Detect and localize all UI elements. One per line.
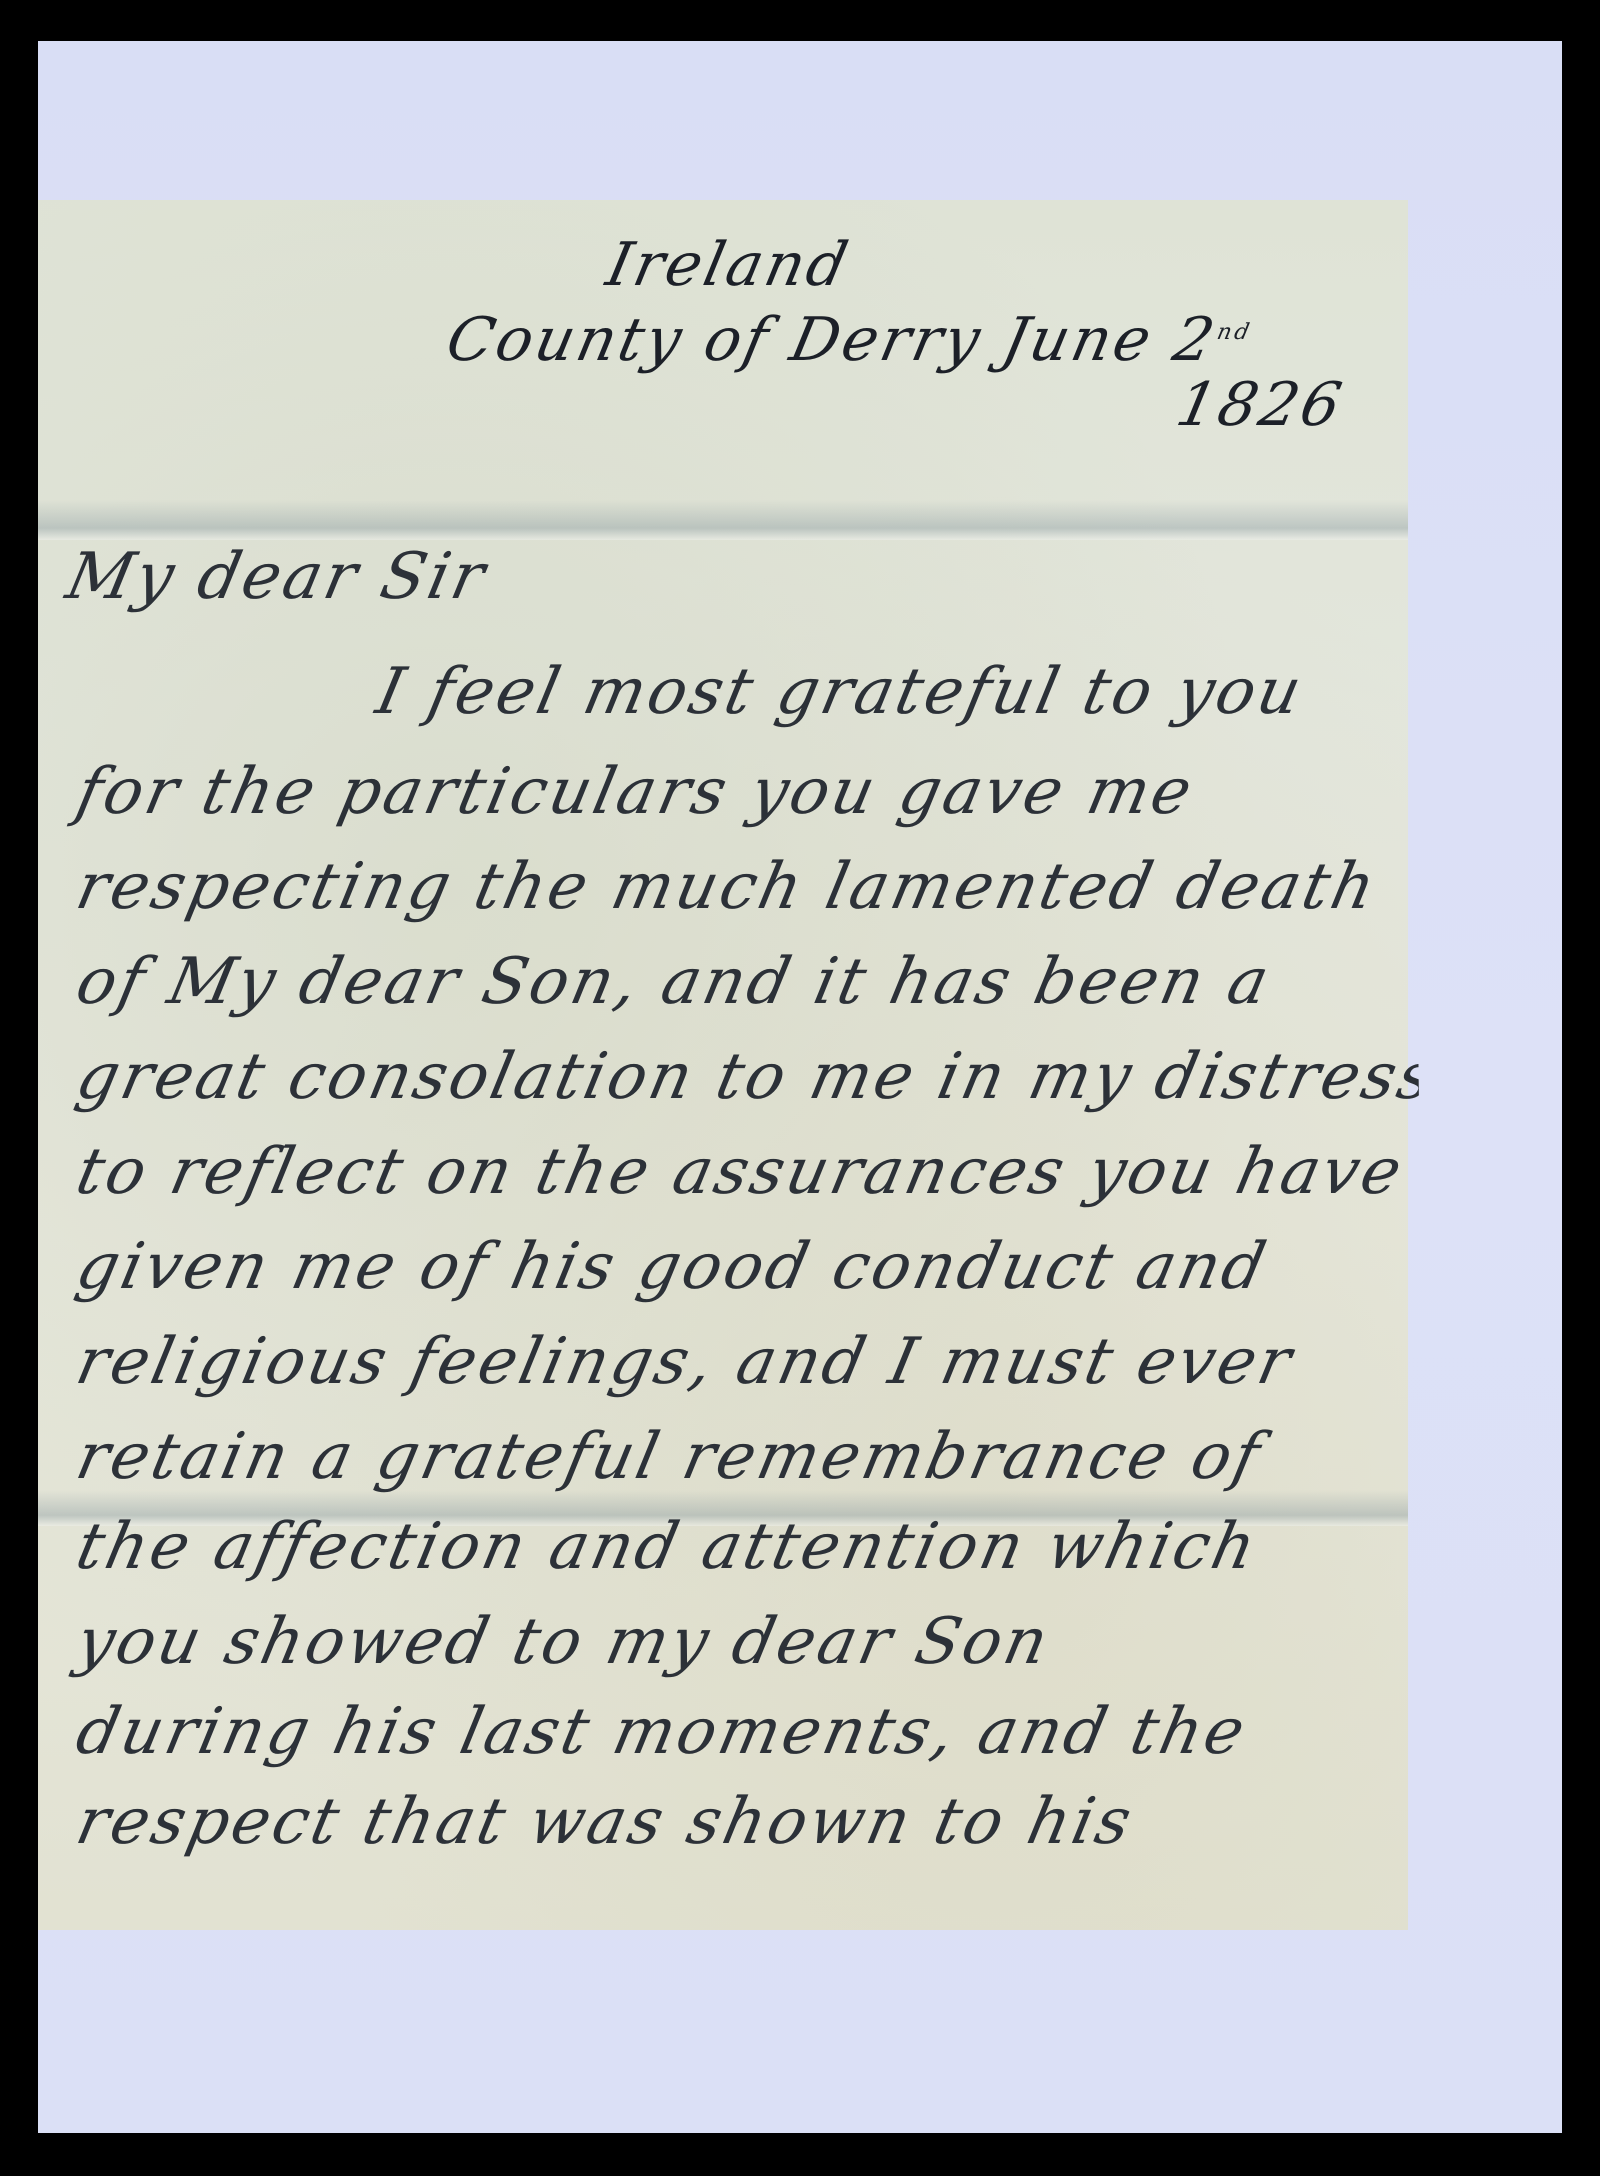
heading-county-line: County of Derry June 2 bbox=[441, 305, 1224, 375]
heading-county-date: County of Derry June 2nd bbox=[441, 305, 1258, 375]
body-line-8: religious feelings, and I must ever bbox=[70, 1325, 1300, 1399]
body-line-9: retain a grateful remembrance of bbox=[70, 1420, 1269, 1494]
body-line-7: given me of his good conduct and bbox=[70, 1230, 1274, 1304]
body-line-1: I feel most grateful to you bbox=[370, 655, 1310, 729]
body-line-11: you showed to my dear Son bbox=[70, 1605, 1057, 1679]
body-line-5: great consolation to me in my distress bbox=[70, 1040, 1442, 1114]
heading-day-suffix: nd bbox=[1215, 320, 1255, 345]
body-line-3-text: respecting the much lamented death bbox=[70, 850, 1384, 924]
letter-page: Ireland County of Derry June 2nd 1826 My… bbox=[38, 200, 1408, 1930]
heading-year: 1826 bbox=[1171, 370, 1351, 440]
salutation: My dear Sir bbox=[60, 540, 494, 614]
body-line-4: of My dear Son, and it has been a bbox=[70, 945, 1278, 1019]
body-line-2: for the particulars you gave me bbox=[70, 755, 1201, 829]
body-line-3: respecting the much lamented death bbox=[70, 850, 1384, 924]
body-line-10: the affection and attention which bbox=[70, 1510, 1265, 1584]
body-line-6: to reflect on the assurances you have bbox=[70, 1135, 1411, 1209]
body-line-13: respect that was shown to his bbox=[70, 1785, 1140, 1859]
body-line-12: during his last moments, and the bbox=[70, 1695, 1254, 1769]
fold-crease-upper bbox=[38, 500, 1408, 540]
heading-place: Ireland bbox=[601, 230, 857, 300]
